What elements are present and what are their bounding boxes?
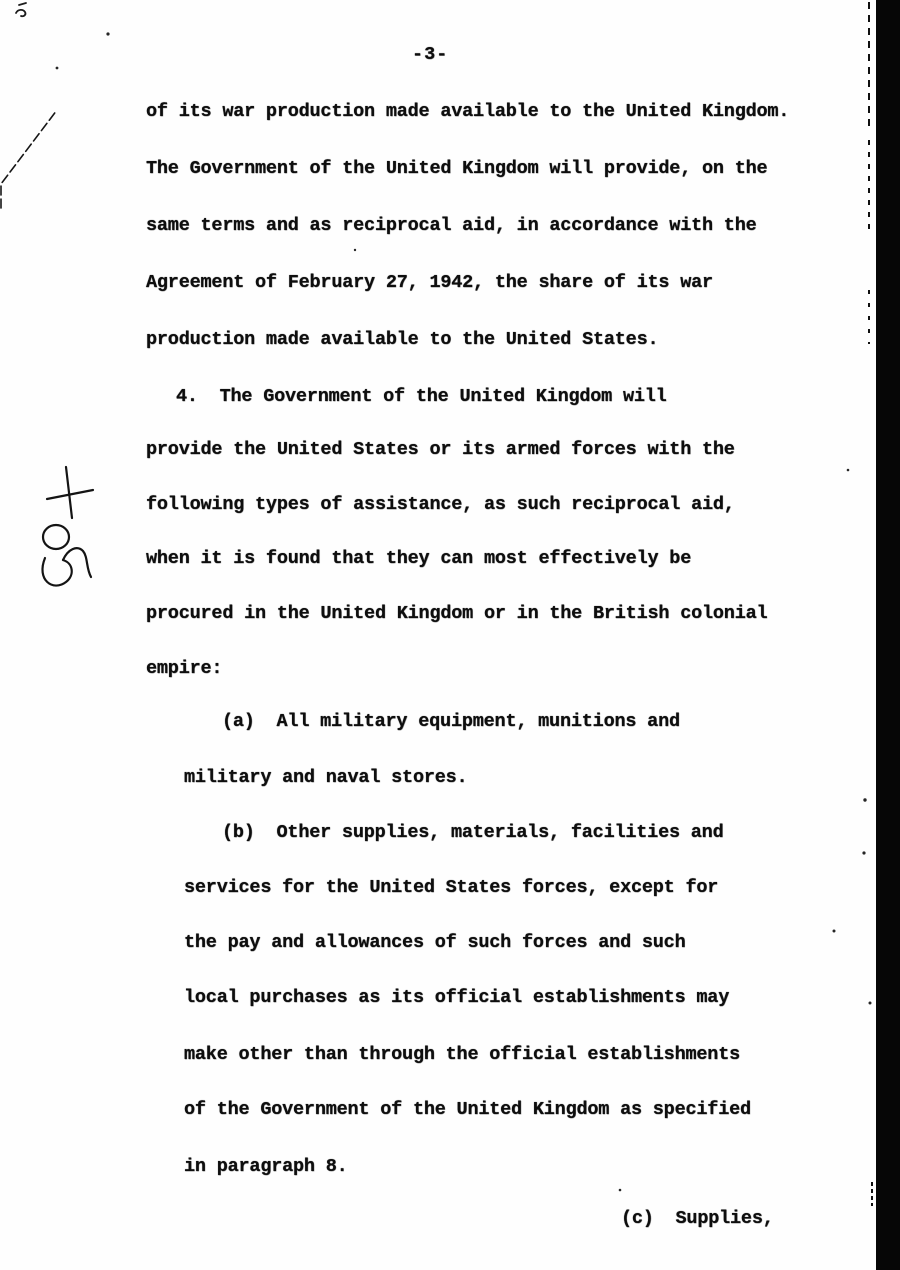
document-line: provide the United States or its armed f…: [146, 441, 735, 460]
document-line: make other than through the official est…: [184, 1046, 740, 1065]
pencil-diagonal-line: [1, 110, 57, 208]
document-line: The Government of the United Kingdom wil…: [146, 160, 767, 179]
document-line: empire:: [146, 660, 222, 679]
document-line: same terms and as reciprocal aid, in acc…: [146, 217, 757, 236]
document-line-item-b: (b) Other supplies, materials, facilitie…: [222, 824, 723, 843]
scanner-edge-band: [876, 0, 900, 1270]
edge-scratch-marks: [869, 2, 872, 1206]
scanned-document-page: -3- of its war production made available…: [0, 0, 900, 1270]
pencil-squiggle-icon: [16, 3, 26, 16]
handwritten-plus-and-numeral-icon: [42, 467, 93, 586]
document-line-item-a: (a) All military equipment, munitions an…: [222, 713, 680, 732]
handwritten-marks-overlay: [0, 0, 900, 1270]
document-line: in paragraph 8.: [184, 1158, 348, 1177]
document-line-paragraph-4: 4. The Government of the United Kingdom …: [176, 388, 667, 407]
document-line: production made available to the United …: [146, 331, 658, 350]
document-line: procured in the United Kingdom or in the…: [146, 605, 767, 624]
document-line: of its war production made available to …: [146, 103, 789, 122]
document-line: services for the United States forces, e…: [184, 879, 718, 898]
catchword-line-item-c: (c) Supplies,: [621, 1210, 774, 1229]
document-line: the pay and allowances of such forces an…: [184, 934, 685, 953]
document-line: when it is found that they can most effe…: [146, 550, 691, 569]
document-line: of the Government of the United Kingdom …: [184, 1101, 751, 1120]
document-line: military and naval stores.: [184, 769, 467, 788]
document-line: Agreement of February 27, 1942, the shar…: [146, 274, 713, 293]
document-line: following types of assistance, as such r…: [146, 496, 735, 515]
document-line: local purchases as its official establis…: [184, 989, 729, 1008]
page-number: -3-: [412, 46, 448, 65]
